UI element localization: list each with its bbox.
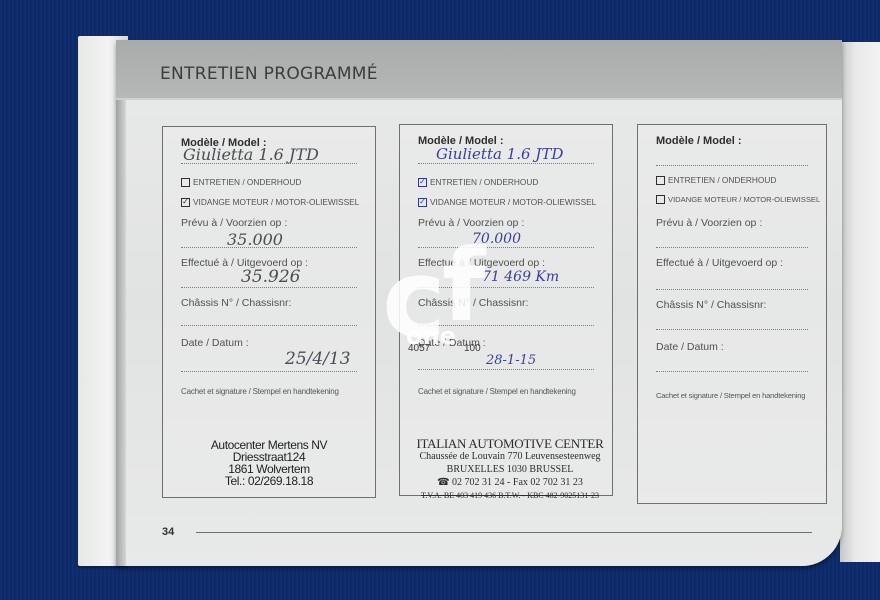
dealer-stamp: ITALIAN AUTOMOTIVE CENTER Chaussée de Lo…	[394, 437, 626, 502]
entretien-label: ENTRETIEN / ONDERHOUD	[430, 177, 538, 187]
maintenance-card-2: Modèle / Model : Giulietta 1.6 JTD ✓ENTR…	[399, 124, 613, 496]
stamp-city: BRUXELLES 1030 BRUSSEL	[394, 463, 626, 476]
dealer-stamp: Autocenter Mertens NV Driesstraat124 186…	[163, 439, 375, 487]
header-band: ENTRETIEN PROGRAMMÉ	[116, 40, 842, 100]
vidange-label: VIDANGE MOTEUR / MOTOR-OLIEWISSEL	[668, 195, 820, 204]
stamp-vat: T.V.A. BE 403 419 436 B.T.W. - KBC 482-9…	[394, 489, 626, 502]
prevu-label: Prévu à / Voorzien op :	[656, 217, 808, 229]
stamp-name: ITALIAN AUTOMOTIVE CENTER	[394, 437, 626, 450]
vidange-option: VIDANGE MOTEUR / MOTOR-OLIEWISSEL	[656, 195, 808, 204]
entretien-label: ENTRETIEN / ONDERHOUD	[668, 175, 776, 185]
prevu-label: Prévu à / Voorzien op :	[181, 217, 357, 229]
chassis-line	[418, 325, 594, 326]
vidange-checkbox	[656, 195, 665, 204]
effectue-label: Effectué à / Uitgevoerd op :	[656, 257, 808, 269]
date-line	[656, 371, 808, 372]
chassis-label: Châssis N° / Chassisnr:	[181, 297, 357, 309]
prevu-line	[418, 247, 594, 248]
prevu-field: Prévu à / Voorzien op : 70.000	[418, 217, 594, 229]
maintenance-card-3: Modèle / Model : ENTRETIEN / ONDERHOUD V…	[637, 124, 827, 504]
chassis-line	[656, 329, 808, 330]
effectue-field: Effectué à / Uitgevoerd op : 35.926	[181, 257, 357, 269]
vidange-option: ✓VIDANGE MOTEUR / MOTOR-OLIEWISSEL	[181, 197, 357, 207]
effectue-label: Effectué à / Uitgevoerd op :	[418, 257, 594, 269]
date-label: Date / Datum :	[656, 341, 808, 353]
chassis-line	[181, 325, 357, 326]
stamp-phone: ☎ 02 702 31 24 - Fax 02 702 31 23	[394, 476, 626, 489]
date-line	[181, 371, 357, 372]
effectue-value: 35.926	[241, 267, 300, 287]
cachet-field: Cachet et signature / Stempel en handtek…	[418, 387, 594, 396]
vidange-option: ✓VIDANGE MOTEUR / MOTOR-OLIEWISSEL	[418, 197, 594, 207]
prevu-field: Prévu à / Voorzien op : 35.000	[181, 217, 357, 229]
stamp-phone: Tel.: 02/269.18.18	[163, 475, 375, 487]
chassis-field: Châssis N° / Chassisnr:	[418, 297, 594, 309]
cachet-label: Cachet et signature / Stempel en handtek…	[418, 387, 594, 396]
date-value: 25/4/13	[285, 349, 351, 369]
vidange-checkbox: ✓	[418, 198, 427, 207]
prevu-value: 70.000	[472, 231, 521, 247]
entretien-label: ENTRETIEN / ONDERHOUD	[193, 177, 301, 187]
model-value: Giulietta 1.6 JTD	[183, 145, 319, 164]
prevu-label: Prévu à / Voorzien op :	[418, 217, 594, 229]
stamp-street: Chaussée de Louvain 770 Leuvensesteenweg	[394, 450, 626, 463]
date-field: Date / Datum : 28-1-15 4057 100	[418, 337, 594, 349]
effectue-field: Effectué à / Uitgevoerd op :	[656, 257, 808, 269]
model-label: Modèle / Model :	[656, 135, 808, 147]
model-line	[656, 165, 808, 166]
date-label: Date / Datum :	[181, 337, 357, 349]
chassis-field: Châssis N° / Chassisnr:	[181, 297, 357, 309]
vidange-label: VIDANGE MOTEUR / MOTOR-OLIEWISSEL	[193, 197, 359, 207]
entretien-option: ✓ENTRETIEN / ONDERHOUD	[418, 177, 594, 187]
prevu-line	[656, 247, 808, 248]
cachet-field: Cachet et signature / Stempel en handtek…	[656, 391, 808, 400]
date-field: Date / Datum : 25/4/13	[181, 337, 357, 349]
date-line	[418, 369, 594, 370]
footer-rule	[196, 532, 812, 533]
prevu-value: 35.000	[227, 230, 283, 249]
effectue-line	[656, 289, 808, 290]
entretien-checkbox	[181, 178, 190, 187]
booklet-right-page-edge	[840, 42, 880, 562]
model-field: Modèle / Model : Giulietta 1.6 JTD	[418, 135, 594, 147]
date-overprint-left: 4057	[408, 343, 430, 354]
cachet-field: Cachet et signature / Stempel en handtek…	[181, 387, 357, 396]
entretien-checkbox: ✓	[418, 178, 427, 187]
entretien-checkbox	[656, 176, 665, 185]
date-overprint-right: 100	[464, 343, 481, 354]
model-field: Modèle / Model : Giulietta 1.6 JTD	[181, 137, 357, 149]
effectue-value: 71 469 Km	[482, 269, 559, 285]
model-value: Giulietta 1.6 JTD	[436, 145, 563, 163]
date-field: Date / Datum :	[656, 341, 808, 353]
date-value: 28-1-15	[486, 353, 536, 368]
vidange-label: VIDANGE MOTEUR / MOTOR-OLIEWISSEL	[430, 197, 596, 207]
page-title: ENTRETIEN PROGRAMMÉ	[160, 64, 378, 84]
effectue-field: Effectué à / Uitgevoerd op : 71 469 Km	[418, 257, 594, 269]
cachet-label: Cachet et signature / Stempel en handtek…	[181, 387, 357, 396]
chassis-label: Châssis N° / Chassisnr:	[656, 299, 808, 311]
page-number: 34	[162, 526, 174, 538]
vidange-checkbox: ✓	[181, 198, 190, 207]
effectue-line	[418, 287, 594, 288]
cachet-label: Cachet et signature / Stempel en handtek…	[656, 391, 808, 400]
entretien-option: ENTRETIEN / ONDERHOUD	[656, 175, 808, 185]
model-line	[418, 163, 594, 164]
entretien-option: ENTRETIEN / ONDERHOUD	[181, 177, 357, 187]
date-label: Date / Datum :	[418, 337, 594, 349]
effectue-line	[181, 287, 357, 288]
maintenance-card-1: Modèle / Model : Giulietta 1.6 JTD ENTRE…	[162, 126, 376, 498]
model-field: Modèle / Model :	[656, 135, 808, 147]
chassis-label: Châssis N° / Chassisnr:	[418, 297, 594, 309]
prevu-field: Prévu à / Voorzien op :	[656, 217, 808, 229]
chassis-field: Châssis N° / Chassisnr:	[656, 299, 808, 311]
booklet-page: ENTRETIEN PROGRAMMÉ Modèle / Model : Giu…	[116, 40, 842, 566]
